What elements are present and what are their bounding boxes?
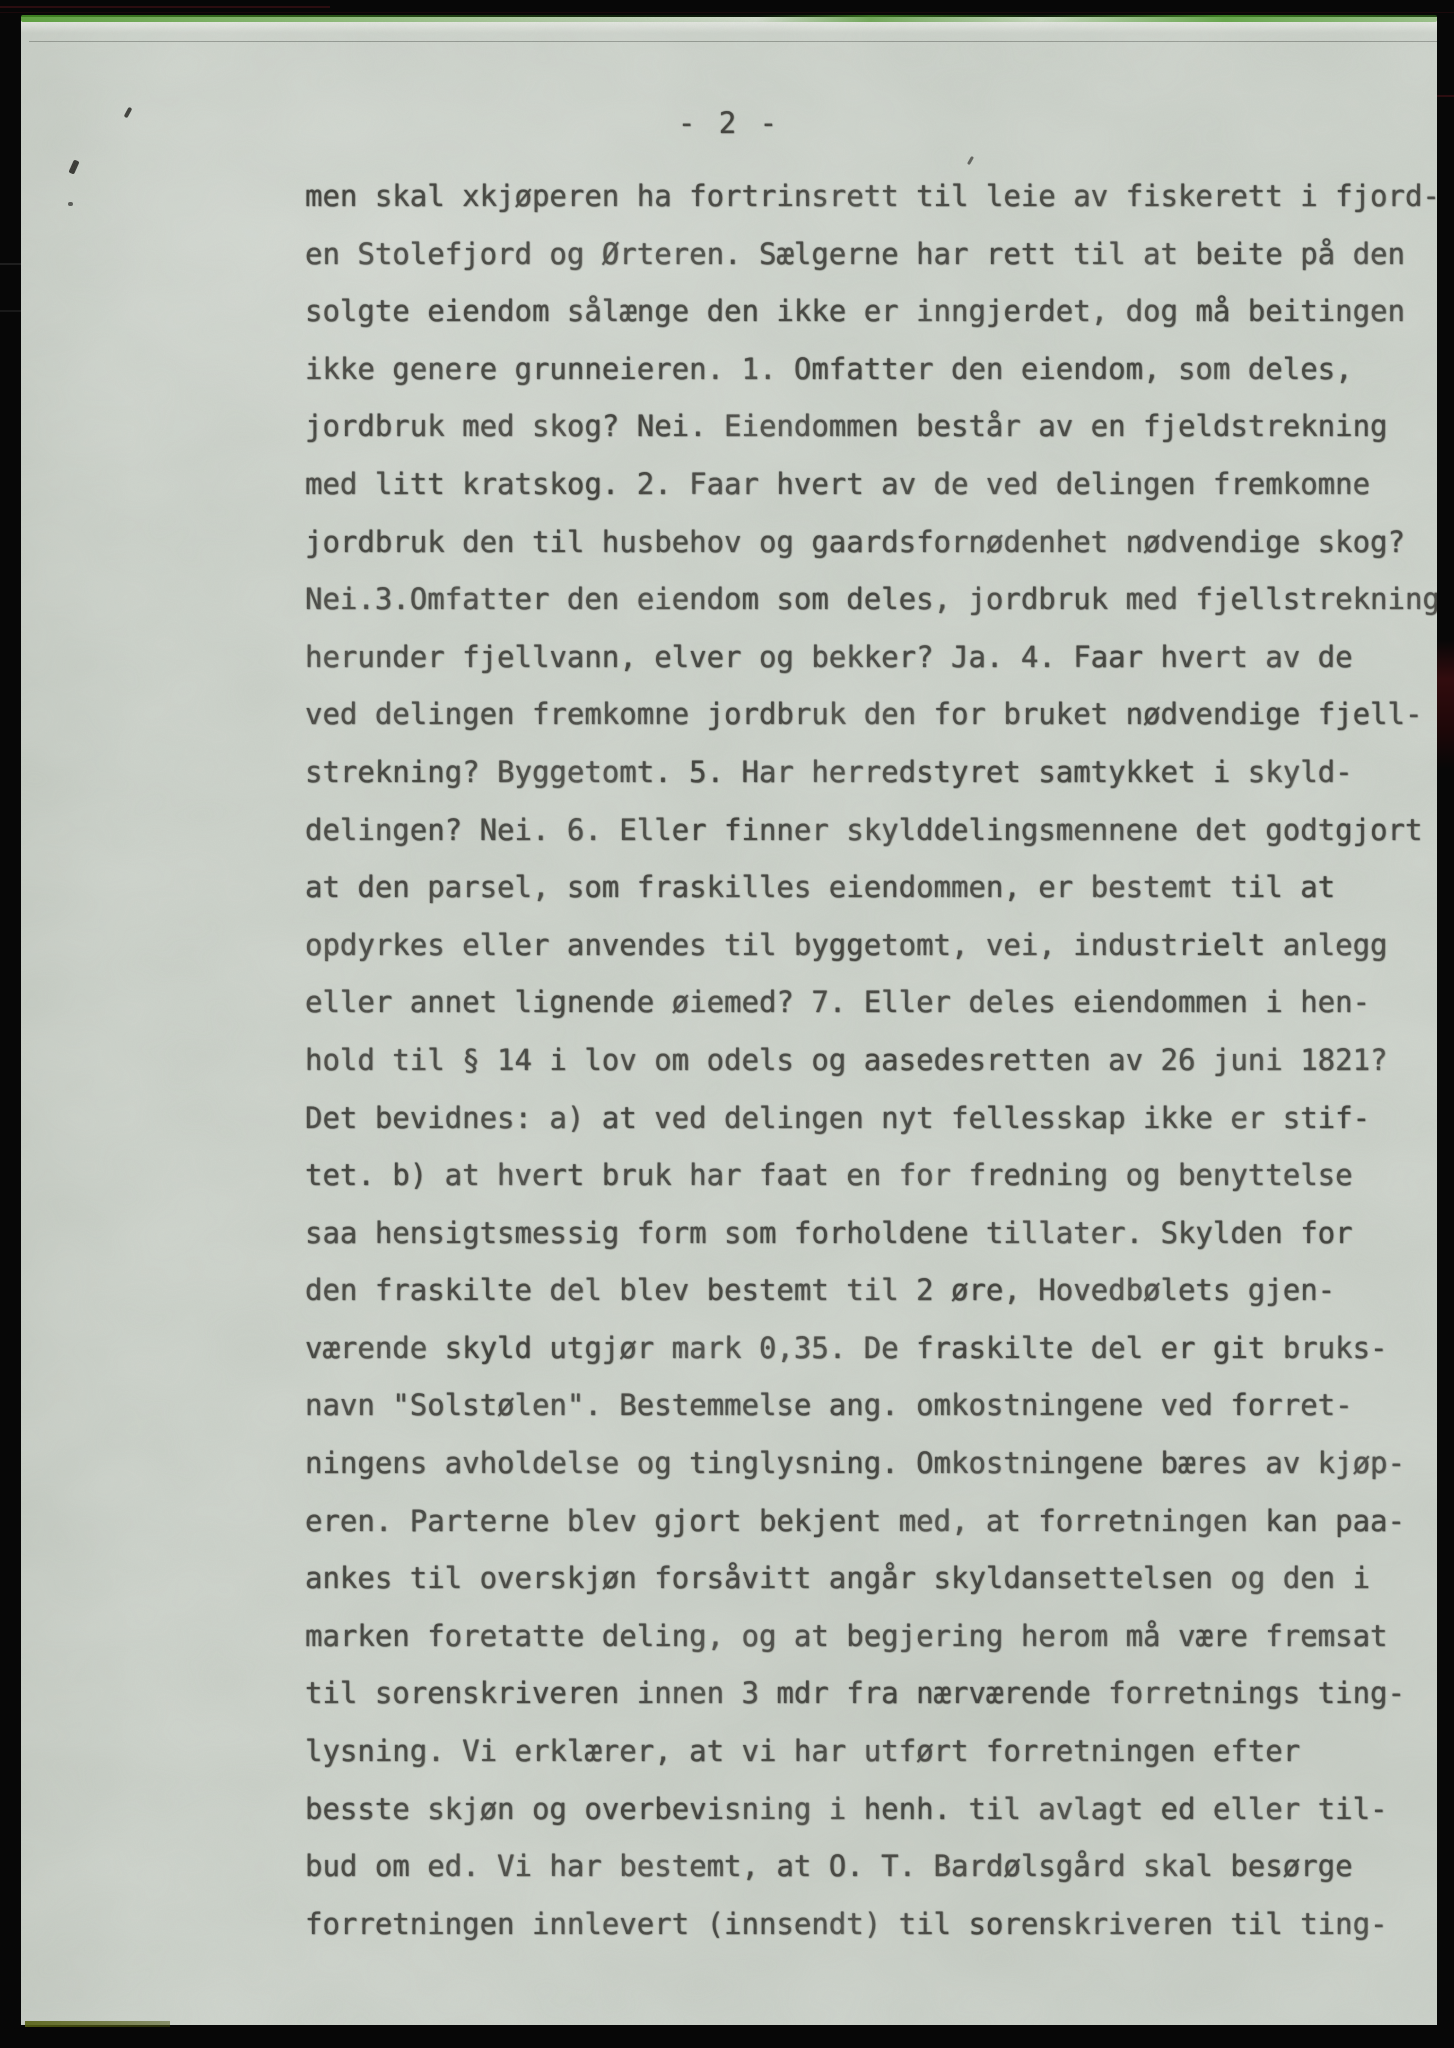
text-line: at den parsel, som fraskilles eiendommen… [305, 859, 1437, 917]
text-line: den fraskilte del blev bestemt til 2 øre… [305, 1262, 1437, 1320]
text-line: forretningen innlevert (innsendt) til so… [305, 1896, 1437, 1954]
text-line: jordbruk med skog? Nei. Eiendommen bestå… [305, 398, 1437, 456]
scan-scratch-red-right [1437, 95, 1454, 97]
text-line: solgte eiendom sålænge den ikke er inngj… [305, 283, 1437, 341]
text-line: men skal xkjøperen ha fortrinsrett til l… [305, 168, 1437, 226]
text-line: opdyrkes eller anvendes til byggetomt, v… [305, 917, 1437, 975]
ink-speck [68, 159, 79, 174]
paper-edge-highlight [21, 17, 1437, 33]
text-line: saa hensigtsmessig form som forholdene t… [305, 1205, 1437, 1263]
text-line: besste skjøn og overbevisning i henh. ti… [305, 1781, 1437, 1839]
scan-scratch-red-top [0, 6, 330, 8]
text-line: ikke genere grunneieren. 1. Omfatter den… [305, 341, 1437, 399]
text-line: hold til § 14 i lov om odels og aasedesr… [305, 1032, 1437, 1090]
scan-border-line [0, 263, 21, 265]
text-line: delingen? Nei. 6. Eller finner skylddeli… [305, 802, 1437, 860]
text-line: en Stolefjord og Ørteren. Sælgerne har r… [305, 226, 1437, 284]
ink-speck [967, 156, 974, 165]
text-lines: men skal xkjøperen ha fortrinsrett til l… [305, 168, 1437, 1953]
text-line: herunder fjellvann, elver og bekker? Ja.… [305, 629, 1437, 687]
text-line: bud om ed. Vi har bestemt, at O. T. Bard… [305, 1838, 1437, 1896]
scanned-archive-photo: { "page": { "number_label": "- 2 -" }, "… [0, 0, 1454, 2048]
ink-speck [68, 202, 73, 206]
text-line: ved delingen fremkomne jordbruk den for … [305, 686, 1437, 744]
scan-smudge-red-right [1437, 640, 1454, 770]
text-line: med litt kratskog. 2. Faar hvert av de v… [305, 456, 1437, 514]
text-line: ankes til overskjøn forsåvitt angår skyl… [305, 1550, 1437, 1608]
text-line: ningens avholdelse og tinglysning. Omkos… [305, 1435, 1437, 1493]
text-line: tet. b) at hvert bruk har faat en for fr… [305, 1147, 1437, 1205]
text-line: eller annet lignende øiemed? 7. Eller de… [305, 974, 1437, 1032]
text-line: lysning. Vi erklærer, at vi har utført f… [305, 1723, 1437, 1781]
scan-scratch-red-top-2 [0, 12, 1454, 13]
text-line: Nei.3.Omfatter den eiendom som deles, jo… [305, 571, 1437, 629]
text-line: navn "Solstølen". Bestemmelse ang. omkos… [305, 1377, 1437, 1435]
text-line: værende skyld utgjør mark 0,35. De frask… [305, 1320, 1437, 1378]
text-line: eren. Parterne blev gjort bekjent med, a… [305, 1493, 1437, 1551]
scan-border-line [0, 310, 21, 312]
text-line: strekning? Byggetomt. 5. Har herredstyre… [305, 744, 1437, 802]
paper-edge-hairline [29, 41, 1437, 42]
scanned-page: - 2 - men skal xkjøperen ha fortrinsrett… [21, 17, 1437, 2025]
text-line: marken foretatte deling, og at begjering… [305, 1608, 1437, 1666]
page-number: - 2 - [21, 107, 1437, 139]
text-line: Det bevidnes: a) at ved delingen nyt fel… [305, 1090, 1437, 1148]
text-line: jordbruk den til husbehov og gaardsfornø… [305, 514, 1437, 572]
text-line: til sorenskriveren innen 3 mdr fra nærvæ… [305, 1665, 1437, 1723]
